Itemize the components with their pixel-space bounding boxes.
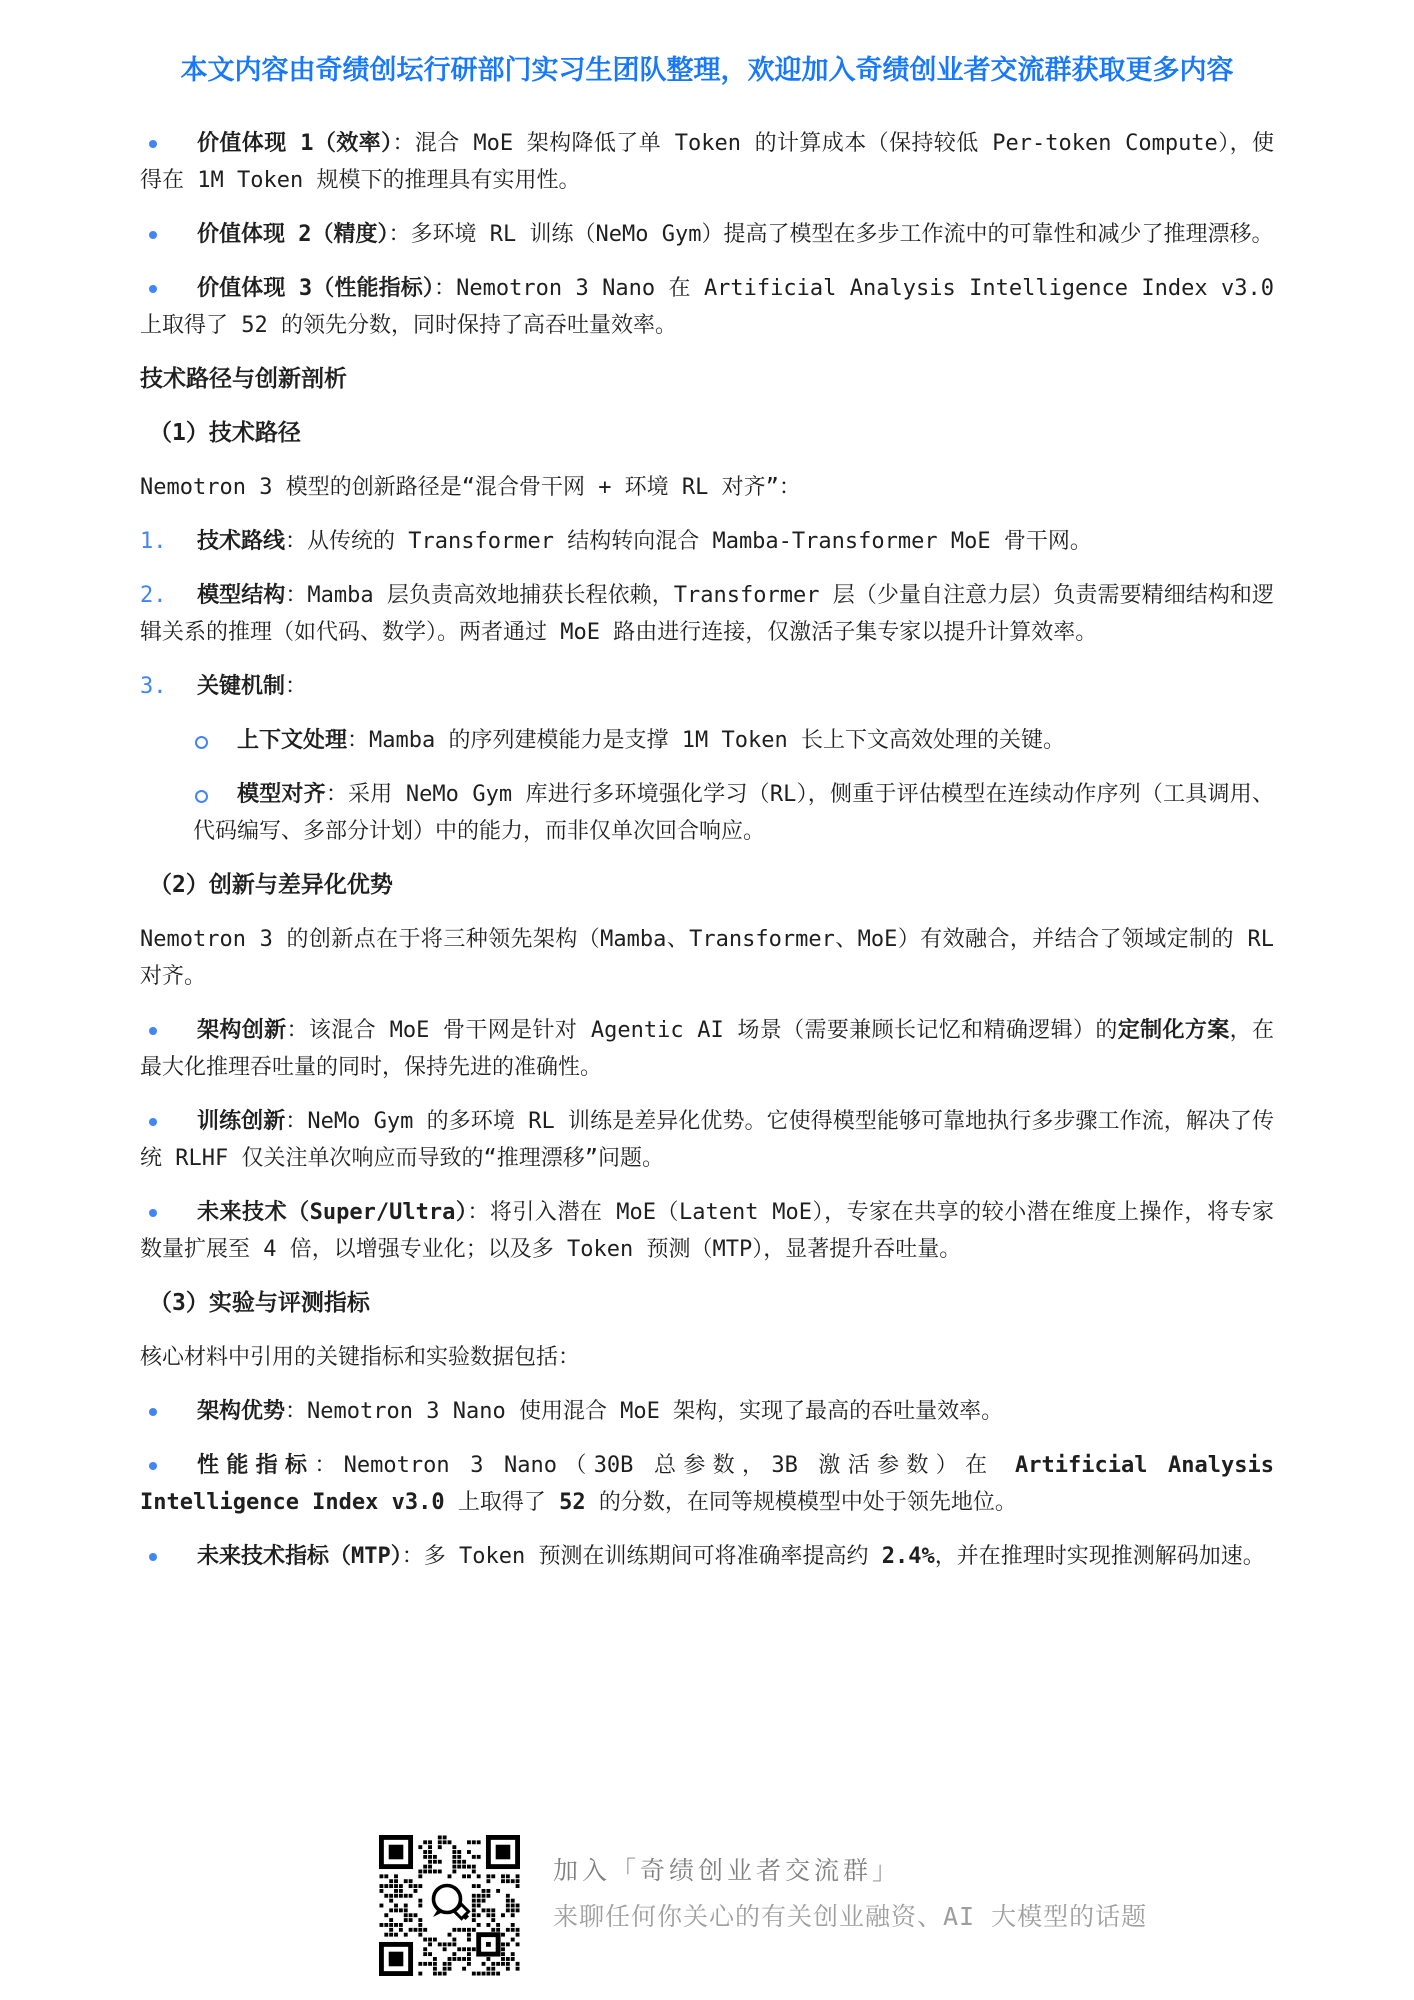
subsection-heading: （2）创新与差异化优势	[140, 867, 1274, 904]
page-title: 本文内容由奇绩创坛行研部门实习生团队整理，欢迎加入奇绩创业者交流群获取更多内容	[0, 0, 1414, 89]
bullet-dot-icon	[149, 1118, 157, 1126]
numbered-item: 2.模型结构：Mamba 层负责高效地捕获长程依赖，Transformer 层（…	[140, 577, 1274, 651]
text-segment: 2.4%	[882, 1544, 935, 1569]
text-segment: ，并在推理时实现推测解码加速。	[935, 1544, 1265, 1569]
text-segment: 上下文处理	[237, 728, 347, 753]
sub-bullet-item: 上下文处理：Mamba 的序列建模能力是支撑 1M Token 长上下文高效处理…	[140, 722, 1274, 759]
qr-captions: 加入「奇绩创业者交流群」 来聊任何你关心的有关创业融资、AI 大模型的话题	[553, 1855, 1147, 1933]
text-segment: 关键机制	[197, 674, 285, 699]
bullet-dot-icon	[149, 1027, 157, 1035]
text-segment: ：Mamba 的序列建模能力是支撑 1M Token 长上下文高效处理的关键。	[347, 728, 1065, 753]
text-segment: Nemotron 3 模型的创新路径是“混合骨干网 + 环境 RL 对齐”：	[140, 475, 801, 500]
text-segment: 上取得了	[445, 1490, 560, 1515]
bullet-dot-icon	[149, 231, 157, 239]
text-segment: ：Nemotron 3 Nano 使用混合 MoE 架构，实现了最高的吞吐量效率…	[285, 1399, 1003, 1424]
bullet-dot-icon	[149, 1408, 157, 1416]
text-segment: ：多环境 RL 训练（NeMo Gym）提高了模型在多步工作流中的可靠性和减少了…	[389, 222, 1274, 247]
bullet-item: 架构优势：Nemotron 3 Nano 使用混合 MoE 架构，实现了最高的吞…	[140, 1393, 1274, 1430]
bullet-dot-icon	[149, 1462, 157, 1470]
text-segment: 性能指标	[197, 1453, 314, 1478]
text-segment: ：	[285, 674, 307, 699]
list-number: 2.	[140, 577, 197, 614]
numbered-item: 3.关键机制：	[140, 668, 1274, 705]
bullet-item: 价值体现 2（精度）：多环境 RL 训练（NeMo Gym）提高了模型在多步工作…	[140, 216, 1274, 253]
text-segment: （2）创新与差异化优势	[149, 872, 393, 898]
subsection-heading: （3）实验与评测指标	[140, 1285, 1274, 1322]
bullet-item: 训练创新：NeMo Gym 的多环境 RL 训练是差异化优势。它使得模型能够可靠…	[140, 1103, 1274, 1177]
bullet-item: 价值体现 3（性能指标）：Nemotron 3 Nano 在 Artificia…	[140, 270, 1274, 344]
document-body: 价值体现 1（效率）：混合 MoE 架构降低了单 Token 的计算成本（保持较…	[0, 89, 1414, 1575]
text-segment: 价值体现 3（性能指标）	[197, 276, 434, 301]
wechat-qr-code	[379, 1835, 520, 1976]
paragraph: Nemotron 3 的创新点在于将三种领先架构（Mamba、Transform…	[140, 921, 1274, 995]
bullet-dot-icon	[149, 285, 157, 293]
bullet-item: 架构创新：该混合 MoE 骨干网是针对 Agentic AI 场景（需要兼顾长记…	[140, 1012, 1274, 1086]
text-segment: 52	[559, 1490, 586, 1515]
text-segment: 训练创新	[197, 1109, 285, 1134]
text-segment: （1）技术路径	[149, 420, 301, 446]
text-segment: Nemotron 3 的创新点在于将三种领先架构（Mamba、Transform…	[140, 927, 1274, 989]
text-segment: 架构优势	[197, 1399, 285, 1424]
bullet-dot-icon	[149, 140, 157, 148]
text-segment: ：Nemotron 3 Nano（30B 总参数，3B 激活参数）在	[314, 1453, 1015, 1478]
text-segment: ：该混合 MoE 骨干网是针对 Agentic AI 场景（需要兼顾长记忆和精确…	[287, 1018, 1118, 1043]
text-segment: ：NeMo Gym 的多环境 RL 训练是差异化优势。它使得模型能够可靠地执行多…	[140, 1109, 1274, 1171]
text-segment: （3）实验与评测指标	[149, 1290, 370, 1316]
list-number: 3.	[140, 668, 197, 705]
text-segment: 定制化方案	[1118, 1018, 1230, 1043]
paragraph: 核心材料中引用的关键指标和实验数据包括：	[140, 1339, 1274, 1376]
text-segment: 核心材料中引用的关键指标和实验数据包括：	[140, 1345, 580, 1370]
paragraph: Nemotron 3 模型的创新路径是“混合骨干网 + 环境 RL 对齐”：	[140, 469, 1274, 506]
bullet-item: 未来技术指标（MTP）：多 Token 预测在训练期间可将准确率提高约 2.4%…	[140, 1538, 1274, 1575]
text-segment: ：采用 NeMo Gym 库进行多环境强化学习（RL），侧重于评估模型在连续动作…	[193, 782, 1274, 844]
qr-caption-title: 加入「奇绩创业者交流群」	[553, 1855, 1147, 1887]
bullet-dot-icon	[149, 1553, 157, 1561]
wechat-group-banner: 加入「奇绩创业者交流群」 来聊任何你关心的有关创业融资、AI 大模型的话题	[379, 1835, 1147, 1976]
bullet-item: 价值体现 1（效率）：混合 MoE 架构降低了单 Token 的计算成本（保持较…	[140, 125, 1274, 199]
bullet-item: 未来技术（Super/Ultra）：将引入潜在 MoE（Latent MoE），…	[140, 1194, 1274, 1268]
text-segment: 模型对齐	[237, 782, 326, 807]
wechat-logo-icon	[433, 1886, 469, 1921]
text-segment: ：多 Token 预测在训练期间可将准确率提高约	[402, 1544, 882, 1569]
qr-caption-subtitle: 来聊任何你关心的有关创业融资、AI 大模型的话题	[553, 1901, 1147, 1933]
text-segment: 价值体现 1（效率）	[197, 131, 392, 156]
circle-bullet-icon	[195, 736, 208, 749]
text-segment: 的分数，在同等规模模型中处于领先地位。	[586, 1490, 1017, 1515]
text-segment: 技术路线	[197, 529, 285, 554]
circle-bullet-icon	[195, 790, 208, 803]
text-segment: 未来技术指标（MTP）	[197, 1544, 402, 1569]
bullet-item: 性能指标：Nemotron 3 Nano（30B 总参数，3B 激活参数）在 A…	[140, 1447, 1274, 1521]
text-segment: ：从传统的 Transformer 结构转向混合 Mamba-Transform…	[285, 529, 1092, 554]
numbered-item: 1.技术路线：从传统的 Transformer 结构转向混合 Mamba-Tra…	[140, 523, 1274, 560]
text-segment: 技术路径与创新剖析	[140, 366, 347, 392]
text-segment: 未来技术（Super/Ultra）	[197, 1200, 467, 1225]
text-segment: 价值体现 2（精度）	[197, 222, 389, 247]
list-number: 1.	[140, 523, 197, 560]
text-segment: 架构创新	[197, 1018, 287, 1043]
section-heading: 技术路径与创新剖析	[140, 361, 1274, 398]
bullet-dot-icon	[149, 1209, 157, 1217]
sub-bullet-item: 模型对齐：采用 NeMo Gym 库进行多环境强化学习（RL），侧重于评估模型在…	[140, 776, 1274, 850]
text-segment: 模型结构	[197, 583, 285, 608]
subsection-heading: （1）技术路径	[140, 415, 1274, 452]
text-segment: ：Mamba 层负责高效地捕获长程依赖，Transformer 层（少量自注意力…	[140, 583, 1274, 645]
